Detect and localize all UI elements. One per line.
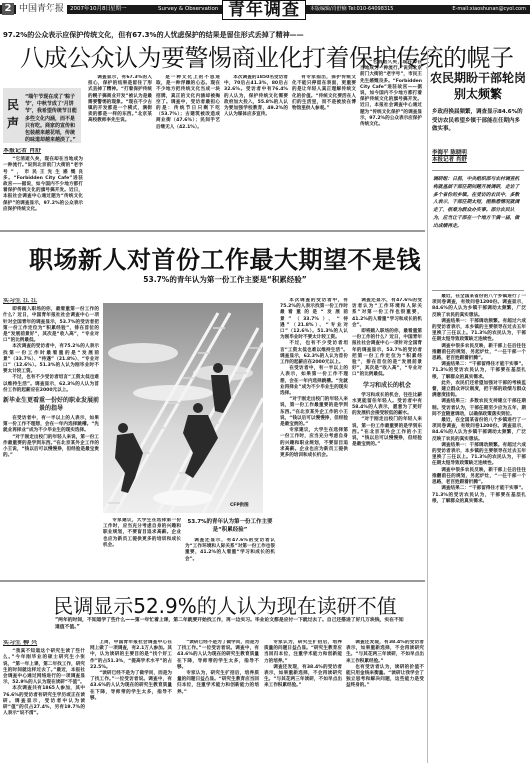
article3-paragraph: 也有受访者认为，读研的价值不能只用金钱来衡量。“读研让我学会了独立思考和解决问题… (346, 665, 424, 690)
article2-subhead: 53.7%的青年认为第一份工作主要是“积累经验” (0, 274, 450, 285)
paper-logo: 中国青年报 (16, 2, 67, 16)
sidebar-intro: 调研组：日前，中央组织部与农村调查机构就基层干部任期问题开展调研，走访了多个省份… (433, 176, 523, 231)
sidebar-lead: 乡政府换届频繁，调查显示84.6%的受访农民希望乡镇干部能在任期内多做实事。 (432, 108, 524, 134)
masthead: 2 中国青年报 //// 2007年10月8日 星期一 Survey & Obs… (0, 0, 530, 22)
voice-sidebox: 民声 “端午节现在成了‘粽子节’，中秋节成了‘月饼节’，我希望传统节日能多些文化… (3, 88, 81, 143)
editor-email: E-mail:xiaoshunan@cyol.com (452, 5, 526, 14)
article2-pullquote: 53.7%的青年认为第一份工作主要是“积累经验” (185, 518, 275, 534)
divider-sidebar (427, 50, 428, 763)
article3-column-4: 专家认为，研究生扩招后，培养质量的问题日益凸显。“研究生教育应当回归本位，注重学… (264, 640, 342, 763)
sidebar-paragraph: 调查中很多农民反映，新干部上任后往往推翻前任的规划，另起炉灶，“一任干部一个思路… (432, 344, 526, 363)
article3-paragraph: 专家认为，研究生扩招后，培养质量的问题日益凸显。“研究生教育应当回归本位，注重学… (264, 640, 342, 665)
sidebar-paragraph: 调查结果二：“干部留得住才能干实事”。71.3%的受访农民认为，干部要在基层扎根… (432, 486, 526, 505)
article1-paragraph: 本次调查的1850名受访者中，70后占41.3%，80后占32.6%。受访者中有… (224, 75, 288, 118)
sidebar-rule-2 (432, 290, 524, 291)
sidebox-label: 民声 (7, 96, 21, 132)
article3-paragraph: 专家认为，研究生扩招后，培养质量的问题日益凸显。“研究生教育应当回归本位，注重学… (177, 671, 259, 696)
sidebar-paragraph: 调查结果二：“干部留得住才能干实事”。71.3%的受访农民认为，干部要在基层扎根… (432, 362, 526, 381)
sidebar-byline-2: 本报记者 肖舒 (432, 157, 524, 164)
article1-paragraph: “它消逝久矣，现在却在当地成为一种流行。”说到北京前门大街的“老字号”，市民王先… (3, 157, 83, 213)
sidebar-paragraph: 调查结果三：多数农民支持建立干部任期制。受访者认为，干部任期至少应为五年，期间不… (432, 399, 526, 418)
sidebar-paragraph: 最近，在全国某省份的八个乡镇进行了一项问卷调查，有效问卷1200份。调查显示，8… (432, 294, 526, 319)
sidebar-body: 最近，在全国某省份的八个乡镇进行了一项问卷调查，有效问卷1200份。调查显示，8… (432, 294, 526, 763)
section-name-en: Survey & Observation (158, 5, 218, 14)
ladder-climbers-icon (103, 303, 263, 513)
article2-paragraph: 不过，也有不少受访者坦言“工资太低也难以维持生活”。调查显示，62.3%的人认为… (3, 375, 99, 394)
article2-paragraph: 即将踏入职场的你，最看重第一份工作的什么？近日，中国青年报社社会调查中心一项针对… (352, 329, 422, 379)
article3-paragraph: 上周，中国青年报社会调查中心在网上做了一项调查，有2.1万人参加。其中，认为读研… (90, 640, 172, 671)
divider-article1 (0, 230, 425, 232)
issue-date: 2007年10月8日 (70, 5, 111, 14)
article2-paragraph: 本次调查的受访者中，有75.2%的人表示找第一份工作时最看重的是“发展前景”（3… (3, 344, 99, 375)
article1-column-5: 有专家指出，保护传统文化不能只停留在表面，更重要的是让年轻人真正理解传统文化的价… (292, 75, 356, 225)
article3-paragraph: 本次调查共有1865人参加，其中76.6%的受访者有研究生学历或正在读研。调查显… (3, 686, 85, 717)
article2-column-2: 专家建议，大学生在选择第一份工作时，应当充分考虑自身的兴趣和职业规划，不要盲目追… (103, 518, 181, 573)
article3-column-3: “读研已经不是为了做学问，而是为了找工作。”一位受访者说。调查中，有43.6%的… (177, 640, 259, 763)
article3-byline: 实习生 柳 兴 (3, 640, 85, 646)
article2-paragraph: “对于刚走出校门的年轻人来说，第一份工作最重要的是学到东西。”在北京某外企工作的… (3, 435, 99, 460)
article2-column-3: 调查还显示，有47.6%的受访者认为“工作环境和人际关系”对第一份工作也很重要，… (185, 538, 275, 573)
article3-column-1: 实习生 柳 兴 “我真不知道这个研究生读了些什么。”今年刚毕业的硕士研究生小张说… (3, 640, 85, 763)
article2-paragraph: 在受访者中，有一半以上的人表示，如果第一份工作不理想，会在一年内选择跳槽。“先就… (3, 416, 99, 435)
article3-paragraph: 调查还发现，有38.4%的受访者表示，如果重新选择，不会再读研究生。“与其花两三… (346, 640, 424, 665)
article1-paragraph: 调查显示，有67.3%的人担心，保护的结果是留住了形式丢掉了精神。“打着保护传统… (88, 75, 152, 125)
article2-paragraph: “对于刚走出校门的年轻人来说，第一份工作最重要的是学到东西。”在北京某外企工作的… (352, 417, 422, 448)
page-number: 2 (2, 3, 14, 15)
article3-deck: “两年的时间，不知道学了些什么——第一年忙着上课，第二年就要开始找工作，再一边实… (55, 617, 405, 631)
article2-paragraph: “对于刚走出校门的年轻人来说，第一份工作最重要的是学到东西。”在北京某外企工作的… (280, 397, 348, 428)
article1-column-1: 本报记者 肖舒 “它消逝久矣，现在却在当地成为一种流行。”说到北京前门大街的“老… (3, 148, 83, 228)
article2-column-5: 调查还显示，有47.6%的受访者认为“工作环境和人际关系”对第一份工作也很重要，… (352, 298, 422, 573)
article2-subheading: 学习和成长的机会 (352, 382, 422, 390)
article2-headline: 职场新人对首份工作最大期望不是钱 (0, 240, 450, 275)
article3-paragraph: 调查还发现，有38.4%的受访者表示，如果重新选择，不会再读研究生。“与其花两三… (264, 665, 342, 690)
article3-paragraph: “我真不知道这个研究生读了些什么。”今年刚毕业的硕士研究生小张说，“第一年上课，… (3, 649, 85, 686)
sidebar-headline: 农民期盼干部轮岗别太频繁 (430, 70, 526, 102)
article2-paragraph: 专家建议，大学生在选择第一份工作时，应当充分考虑自身的兴趣和职业规划，不要盲目追… (280, 428, 348, 459)
article1-paragraph: 有专家指出，保护传统文化不能只停留在表面，更重要的是让年轻人真正理解传统文化的价… (292, 75, 356, 112)
issue-weekday: 星期一 (110, 5, 127, 14)
sidebar-paragraph: 调查结果一：干部调动频繁。有超过六成的受访者表示，本乡镇的主要领导在过去五年里换… (432, 443, 526, 468)
article2-paragraph: 调查还显示，有47.6%的受访者认为“工作环境和人际关系”对第一份工作也很重要，… (185, 538, 275, 563)
article1-column-3: 是一种文化上的不思进取，是一种浮躁的心态。现在不少地方把传统文化当成一块招牌，真… (156, 75, 220, 225)
article2-paragraph: 调查还显示，有47.6%的受访者认为“工作环境和人际关系”对第一份工作也很重要，… (352, 298, 422, 329)
article2-byline: 实习生 江 江 (3, 298, 99, 304)
sidebox-text: “端午节现在成了‘粽子节’，中秋节成了‘月饼节’，我希望传统节日能多些文化内涵，… (25, 94, 79, 144)
article2-paragraph: 学习和成长的机会，往往比薪水更能留住年轻人。受访者中有58.4%的人表示，愿意为… (352, 393, 422, 418)
article1-paragraph: “它消逝久矣，现在却在当地成为一种流行。”说到北京前门大街的“老字号”，市民王先… (360, 60, 422, 128)
article2-paragraph: 不过，也有不少受访者坦言“工资太低也难以维持生活”。调查显示，62.3%的人认为… (280, 341, 348, 366)
article1-byline: 本报记者 肖舒 (3, 148, 83, 154)
sidebar-paragraph: 调查结果一：干部调动频繁。有超过六成的受访者表示，本乡镇的主要领导在过去五年里换… (432, 319, 526, 344)
article1-column-4: 本次调查的1850名受访者中，70后占41.3%，80后占32.6%。受访者中有… (224, 75, 288, 225)
article3-paragraph: “读研已经不是为了做学问，而是为了找工作。”一位受访者说。调查中，有43.6%的… (90, 671, 172, 702)
sidebar-paragraph: 此外，农民们还希望加强对干部的考核监督，建立群众评议制度，把干部的政绩与群众满意… (432, 381, 526, 400)
illustration-credit: CFP供图 (230, 502, 249, 508)
article3-column-5: 调查还发现，有38.4%的受访者表示，如果重新选择，不会再读研究生。“与其花两三… (346, 640, 424, 763)
article1-headline: 八成公众认为要警惕商业化打着保护传统的幌子 (20, 38, 514, 73)
article2-paragraph: 本次调查的受访者中，有75.2%的人表示找第一份工作时最看重的是“发展前景”（3… (280, 298, 348, 341)
masthead-slashes: //// (48, 5, 54, 14)
article2-column-4: 本次调查的受访者中，有75.2%的人表示找第一份工作时最看重的是“发展前景”（3… (280, 298, 348, 573)
divider-article2 (0, 580, 425, 582)
article1-column-2: 调查显示，有67.3%的人担心，保护的结果是留住了形式丢掉了精神。“打着保护传统… (88, 75, 152, 225)
article1-paragraph: 是一种文化上的不思进取，是一种浮躁的心态。现在不少地方把传统文化当成一块招牌，真… (156, 75, 220, 131)
sidebar-rule (432, 170, 524, 171)
article1-column-6: “它消逝久矣，现在却在当地成为一种流行。”说到北京前门大街的“老字号”，市民王先… (360, 60, 422, 225)
article2-paragraph: 专家建议，大学生在选择第一份工作时，应当充分考虑自身的兴趣和职业规划，不要盲目追… (103, 518, 181, 549)
sidebar-paragraph: 最近，在全国某省份的八个乡镇进行了一项问卷调查，有效问卷1200份。调查显示，8… (432, 418, 526, 443)
article2-subheading: 新毕业生更看重一份好的职业发展前景的指导 (3, 397, 99, 413)
article3-paragraph: “读研已经不是为了做学问，而是为了找工作。”一位受访者说。调查中，有43.6%的… (177, 640, 259, 671)
sidebar-byline-1: 李海平 陈晓明 (432, 150, 524, 157)
article2-column-1: 实习生 江 江 即将踏入职场的你，最看重第一份工作的什么？近日，中国青年报社社会… (3, 298, 99, 573)
sidebar-paragraph: 调查中很多农民反映，新干部上任后往往推翻前任的规划，另起炉灶，“一任干部一个思路… (432, 468, 526, 487)
article2-paragraph: 即将踏入职场的你，最看重第一份工作的什么？近日，中国青年报社社会调查中心一项针对… (3, 307, 99, 344)
article2-paragraph: 在受访者中，有一半以上的人表示，如果第一份工作不理想，会在一年内选择跳槽。“先就… (280, 366, 348, 397)
section-title: 青年调查 (222, 0, 306, 20)
article3-column-2: 上周，中国青年报社会调查中心在网上做了一项调查，有2.1万人参加。其中，认为读研… (90, 640, 172, 763)
article3-headline: 民调显示52.9%的人认为现在读研不值 (0, 590, 450, 619)
ladder-illustration (103, 303, 263, 513)
editor-info: 本版编辑/肖舒楠 Tel:010-64098315 (310, 5, 393, 14)
sidebar-byline: 李海平 陈晓明 本报记者 肖舒 (432, 150, 524, 164)
